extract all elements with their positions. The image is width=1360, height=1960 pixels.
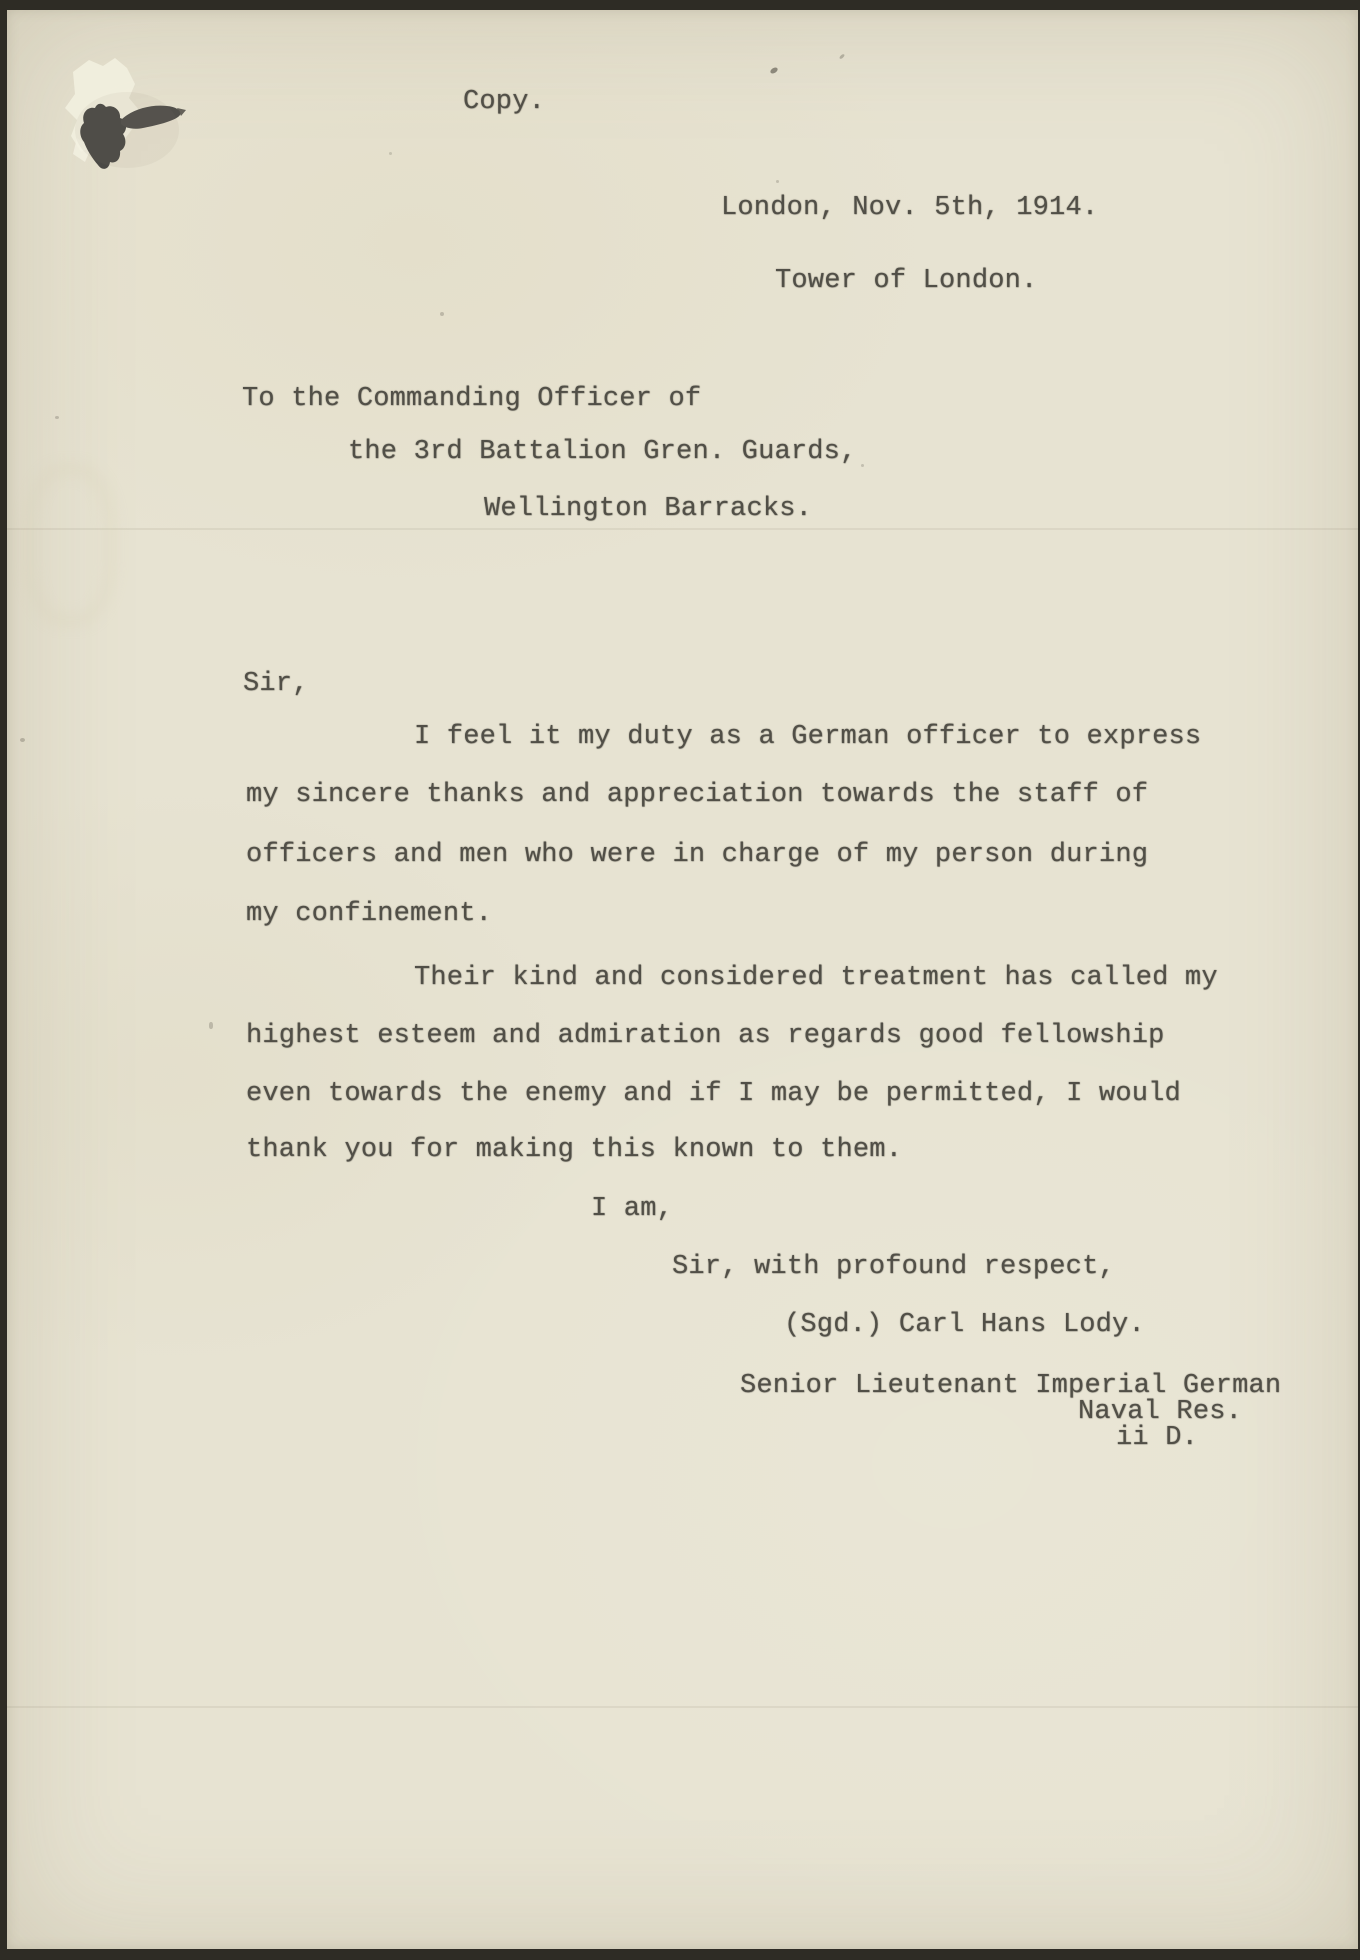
ink-blot-icon [55,50,205,190]
ink-speck [209,1022,213,1029]
recipient-line-1: To the Commanding Officer of [242,384,701,414]
body-p2-line1: Their kind and considered treatment has … [414,963,1218,993]
body-p2-line3: even towards the enemy and if I may be p… [246,1079,1181,1109]
ink-speck [440,312,444,316]
body-p1-line4: my confinement. [246,899,492,929]
salutation: Sir, [243,669,309,699]
body-p2-line4: thank you for making this known to them. [246,1135,902,1165]
rank-line-3: ii D. [1116,1423,1198,1453]
ink-speck [389,152,392,155]
scanned-letter-page: Copy. London, Nov. 5th, 1914. Tower of L… [0,0,1360,1960]
recipient-line-2: the 3rd Battalion Gren. Guards, [348,437,856,467]
watermark-ghost [25,465,115,625]
recipient-line-3: Wellington Barracks. [484,494,812,524]
location-line: Tower of London. [775,266,1037,296]
ink-speck [20,738,25,742]
body-p1-line2: my sincere thanks and appreciation towar… [246,780,1148,810]
paper-crease [7,1706,1358,1708]
dateline: London, Nov. 5th, 1914. [721,193,1098,223]
paper-crease [7,528,1358,530]
ink-speck [861,464,864,467]
signature-line: (Sgd.) Carl Hans Lody. [784,1310,1145,1340]
closing-i-am: I am, [591,1194,673,1224]
body-p1-line1: I feel it my duty as a German officer to… [414,722,1201,752]
ink-speck [776,180,779,183]
body-p1-line3: officers and men who were in charge of m… [246,840,1148,870]
ink-speck [55,416,59,419]
body-p2-line2: highest esteem and admiration as regards… [246,1021,1165,1051]
closing-respect: Sir, with profound respect, [672,1252,1115,1282]
copy-label: Copy. [463,87,545,117]
